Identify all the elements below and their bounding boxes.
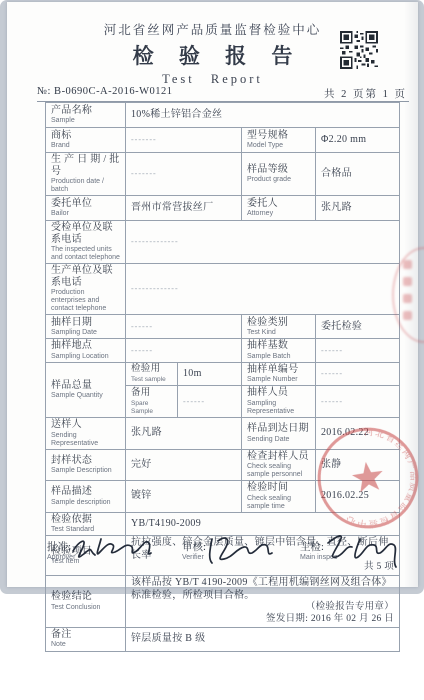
table-row: 受检单位及联系电话The inspected units and contact…	[46, 221, 400, 264]
value-cell: 晋州市常营拔丝厂	[126, 196, 242, 221]
report-sheet: 河北省丝网产品质量监督检验中心 检 验 报 告 Test Report №: B…	[7, 2, 418, 587]
label-en: Production enterprises and contact telep…	[51, 289, 120, 313]
label-zh: 抽样地点	[51, 340, 120, 352]
cell-text: 张凡路	[321, 202, 394, 215]
label-zh: 检验依据	[51, 514, 120, 526]
cell-text: 合格品	[321, 168, 394, 181]
label-zh: 生产单位及联系电话	[51, 265, 120, 288]
label-cell: 样品到达日期Sending Date	[242, 418, 316, 450]
value-cell: 张凡路	[126, 418, 242, 450]
label-zh: 样品到达日期	[247, 423, 310, 435]
table-row: 封样状态Sample Description完好检查封样人员Check seal…	[46, 449, 400, 481]
cell-text: -------------	[131, 237, 394, 247]
label-en: Sampling Representative	[247, 400, 310, 416]
label-zh: 产品名称	[51, 105, 120, 117]
value-cell: Φ2.20 mm	[316, 128, 400, 153]
main-inspector-signature	[322, 529, 404, 573]
label-en: Test Conclusion	[51, 604, 120, 612]
label-cell: 型号规格Model Type	[242, 128, 316, 153]
label-en: Check sealing sample time	[247, 495, 310, 511]
label-cell: 样品总量Sample Quantity	[46, 362, 126, 417]
cell-text: 10m	[183, 368, 236, 381]
value-cell: -------	[126, 128, 242, 153]
label-zh: 商标	[51, 130, 120, 142]
value-cell: ------	[316, 386, 400, 418]
label-zh: 检验用	[131, 364, 172, 375]
approver-signature	[69, 529, 165, 569]
cell-text: 签发日期: 2016 年 02 月 26 日	[131, 614, 394, 626]
label-zh: 检验类别	[247, 317, 310, 329]
value-cell: 2016.02.25	[316, 481, 400, 513]
label-zh: 委托人	[247, 198, 310, 210]
label-cell: 生产单位及联系电话Production enterprises and cont…	[46, 264, 126, 315]
value-cell: 10m	[178, 362, 242, 386]
value-cell: 张凡路	[316, 196, 400, 221]
label-cell: 生 产 日 期 / 批 号Production date / batch	[46, 153, 126, 196]
label-cell: 检验类别Test Kind	[242, 315, 316, 339]
value-cell: 镀锌	[126, 481, 242, 513]
cell-text: 镀锌	[131, 490, 236, 503]
table-row: 送样人Sending Representative张凡路样品到达日期Sendin…	[46, 418, 400, 450]
approver-block: 批准: Approver	[47, 539, 182, 561]
label-en: Spare Sample	[131, 400, 172, 415]
label-en: Sending Date	[247, 436, 310, 444]
label-en: Sample Quantity	[51, 392, 120, 400]
label-zh: 样品等级	[247, 164, 310, 176]
label-en: Sample Description	[51, 467, 120, 475]
value-cell: ------	[316, 339, 400, 363]
label-cell: 委托人Attorney	[242, 196, 316, 221]
label-cell: 检验用Test sample	[126, 362, 178, 386]
cell-text: 张静	[321, 459, 394, 472]
label-en: Test sample	[131, 376, 172, 383]
label-en: Product grade	[247, 176, 310, 184]
cell-text: 该样品按 YB/T 4190-2009《工程用机编钢丝网及组合体》 标准检验，所…	[131, 577, 394, 602]
label-en: Bailor	[51, 210, 120, 218]
table-row: 委托单位Bailor晋州市常营拔丝厂委托人Attorney张凡路	[46, 196, 400, 221]
cell-text: -------------	[131, 284, 394, 294]
table-row: 抽样地点Sampling Location------抽样基数Sample Ba…	[46, 339, 400, 363]
label-zh: 检验结论	[51, 591, 120, 603]
table-row: 样品总量Sample Quantity检验用Test sample10m抽样单编…	[46, 362, 400, 386]
label-zh: 检验时间	[247, 482, 310, 494]
report-title-en: Test Report	[7, 72, 418, 87]
qr-code-icon	[340, 31, 378, 69]
cell-text: 委托检验	[321, 321, 394, 334]
cell-text: ------	[321, 397, 394, 407]
label-en: Note	[51, 641, 120, 649]
value-cell: ------	[316, 362, 400, 386]
value-cell: 合格品	[316, 153, 400, 196]
value-cell: ------	[126, 339, 242, 363]
label-en: Test Kind	[247, 329, 310, 337]
page-info: 共 2 页第 1 页	[324, 86, 407, 101]
label-zh: 受检单位及联系电话	[51, 222, 120, 245]
table-row: 产品名称Sample10%稀土锌铝合金丝	[46, 103, 400, 128]
label-zh: 型号规格	[247, 130, 310, 142]
label-cell: 封样状态Sample Description	[46, 449, 126, 481]
cell-text: -------	[131, 135, 236, 145]
value-cell: 委托检验	[316, 315, 400, 339]
label-zh: 抽样基数	[247, 340, 310, 352]
label-cell: 样品描述Sample description	[46, 481, 126, 513]
label-cell: 受检单位及联系电话The inspected units and contact…	[46, 221, 126, 264]
table-row: 生 产 日 期 / 批 号Production date / batch----…	[46, 153, 400, 196]
table-row: 备注Note锌层质量按 B 级	[46, 627, 400, 651]
cell-text: 完好	[131, 459, 236, 472]
cell-text: 张凡路	[131, 427, 236, 440]
label-cell: 抽样基数Sample Batch	[242, 339, 316, 363]
edge-seal-marks	[403, 260, 419, 330]
cell-text: Φ2.20 mm	[321, 134, 394, 147]
cell-text: 2016.02.25	[321, 490, 394, 503]
label-en: Sample	[51, 117, 120, 125]
value-cell: -------------	[126, 221, 400, 264]
label-zh: 样品描述	[51, 486, 120, 498]
value-cell: ------	[178, 386, 242, 418]
table-row: 样品描述Sample description镀锌检验时间Check sealin…	[46, 481, 400, 513]
value-cell: -------------	[126, 264, 400, 315]
value-cell: 锌层质量按 B 级	[126, 627, 400, 651]
label-cell: 备用Spare Sample	[126, 386, 178, 418]
cell-text: ------	[321, 369, 394, 379]
label-en: The inspected units and contact telephon…	[51, 246, 120, 262]
label-cell: 抽样地点Sampling Location	[46, 339, 126, 363]
label-cell: 送样人Sending Representative	[46, 418, 126, 450]
label-cell: 检验时间Check sealing sample time	[242, 481, 316, 513]
label-zh: 委托单位	[51, 198, 120, 210]
label-cell: 抽样单编号Sample Number	[242, 362, 316, 386]
label-zh: 抽样人员	[247, 387, 310, 399]
label-zh: 抽样单编号	[247, 364, 310, 376]
label-cell: 抽样人员Sampling Representative	[242, 386, 316, 418]
label-cell: 检验结论Test Conclusion	[46, 576, 126, 628]
label-zh: 送样人	[51, 419, 120, 431]
report-number-row: №: B-0690C-A-2016-W0121 共 2 页第 1 页	[37, 86, 407, 101]
value-cell: 张静	[316, 449, 400, 481]
label-en: Sampling Date	[51, 329, 120, 337]
cell-text: ------	[131, 346, 236, 356]
cell-text: ------	[131, 322, 236, 332]
verifier-block: 审核: Verifier	[182, 539, 300, 561]
label-cell: 商标Brand	[46, 128, 126, 153]
cell-text: 锌层质量按 B 级	[131, 633, 394, 646]
report-number: №: B-0690C-A-2016-W0121	[37, 86, 173, 101]
cell-text: ------	[321, 346, 394, 356]
main-inspector-block: 主检: Main inspec	[300, 539, 395, 561]
label-zh: 备注	[51, 629, 120, 641]
label-en: Check sealing sample personnel	[247, 463, 310, 479]
table-row: 商标Brand-------型号规格Model TypeΦ2.20 mm	[46, 128, 400, 153]
label-en: Sampling Location	[51, 353, 120, 361]
signature-row: 批准: Approver 审核: Verifier 主检: Main inspe…	[47, 539, 399, 561]
label-zh: 备用	[131, 388, 172, 399]
label-zh: 抽样日期	[51, 317, 120, 329]
label-zh: 检查封样人员	[247, 451, 310, 463]
label-cell: 检查封样人员Check sealing sample personnel	[242, 449, 316, 481]
verifier-signature	[204, 529, 284, 569]
label-zh: 生 产 日 期 / 批 号	[51, 154, 120, 177]
cell-text: 2016.02.22	[321, 427, 394, 440]
label-zh: 封样状态	[51, 455, 120, 467]
table-row: 抽样日期Sampling Date------检验类别Test Kind委托检验	[46, 315, 400, 339]
value-cell: 完好	[126, 449, 242, 481]
label-en: Sample Batch	[247, 353, 310, 361]
value-cell: ------	[126, 315, 242, 339]
label-cell: 委托单位Bailor	[46, 196, 126, 221]
label-en: Brand	[51, 142, 120, 150]
label-en: Sample description	[51, 499, 120, 507]
label-cell: 产品名称Sample	[46, 103, 126, 128]
value-cell: 2016.02.22	[316, 418, 400, 450]
label-en: Sample Number	[247, 376, 310, 384]
table-row: 生产单位及联系电话Production enterprises and cont…	[46, 264, 400, 315]
label-cell: 样品等级Product grade	[242, 153, 316, 196]
label-en: Model Type	[247, 142, 310, 150]
value-cell: 该样品按 YB/T 4190-2009《工程用机编钢丝网及组合体》 标准检验，所…	[126, 576, 400, 628]
cell-text: 晋州市常营拔丝厂	[131, 202, 236, 215]
label-cell: 抽样日期Sampling Date	[46, 315, 126, 339]
cell-text: 10%稀土锌铝合金丝	[131, 109, 394, 122]
value-cell: 10%稀土锌铝合金丝	[126, 103, 400, 128]
cell-text: -------	[131, 169, 236, 179]
table-row: 检验结论Test Conclusion该样品按 YB/T 4190-2009《工…	[46, 576, 400, 628]
label-zh: 样品总量	[51, 380, 120, 392]
label-cell: 备注Note	[46, 627, 126, 651]
label-en: Production date / batch	[51, 178, 120, 194]
label-en: Sending Representative	[51, 432, 120, 448]
value-cell: -------	[126, 153, 242, 196]
cell-text: ------	[183, 397, 236, 407]
cell-text: （检验报告专用章）	[131, 602, 394, 614]
label-en: Attorney	[247, 210, 310, 218]
